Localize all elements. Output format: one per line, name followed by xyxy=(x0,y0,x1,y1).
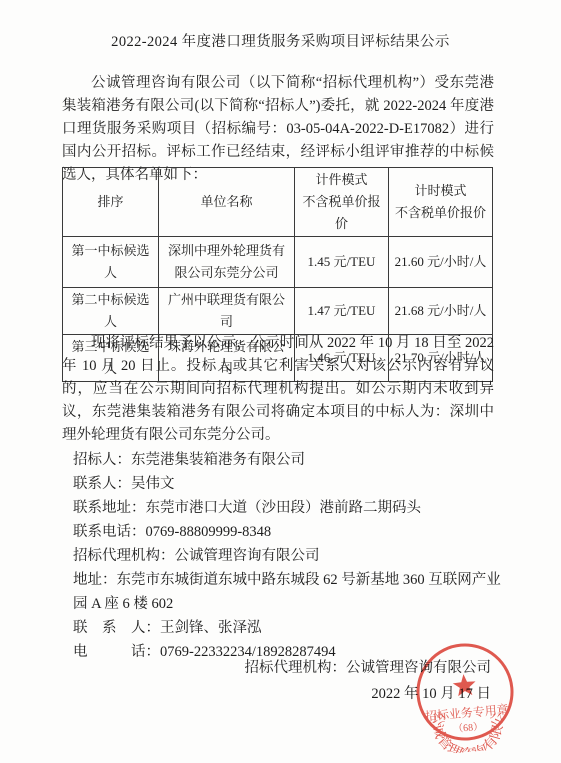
cell-piece-rate: 1.45 元/TEU xyxy=(295,237,389,288)
col-header-company: 单位名称 xyxy=(159,168,295,237)
col-header-time-mode: 计时模式 不含税单价报价 xyxy=(389,168,493,237)
signature-agency: 招标代理机构：公诚管理咨询有限公司 xyxy=(245,655,492,681)
cell-time-rate: 21.68 元/小时/人 xyxy=(389,288,493,335)
cell-time-rate: 21.60 元/小时/人 xyxy=(389,237,493,288)
contact-line-phone: 联系电话：0769-88809999-8348 xyxy=(73,520,501,544)
signature-block: 招标代理机构：公诚管理咨询有限公司 2022 年 10 月 17 日 xyxy=(245,655,492,707)
col-header-time-line2: 不含税单价报价 xyxy=(393,202,488,224)
cell-company: 深圳中理外轮理货有限公司东莞分公司 xyxy=(159,237,295,288)
cell-rank: 第一中标候选人 xyxy=(63,237,159,288)
cell-piece-rate: 1.47 元/TEU xyxy=(295,288,389,335)
signature-date: 2022 年 10 月 17 日 xyxy=(245,681,492,707)
col-header-piece-line2: 不含税单价报价 xyxy=(299,191,384,235)
col-header-rank: 排序 xyxy=(63,168,159,237)
col-header-time-line1: 计时模式 xyxy=(393,180,488,202)
contact-line-agency: 招标代理机构：公诚管理咨询有限公司 xyxy=(73,544,501,568)
cell-company: 广州中联理货有限公司 xyxy=(159,288,295,335)
contact-line-address: 联系地址：东莞市港口大道（沙田段）港前路二期码头 xyxy=(73,496,501,520)
table-row: 第二中标候选人 广州中联理货有限公司 1.47 元/TEU 21.68 元/小时… xyxy=(63,288,493,335)
page-title: 2022-2024 年度港口理货服务采购项目评标结果公示 xyxy=(0,30,561,51)
table-row: 第一中标候选人 深圳中理外轮理货有限公司东莞分公司 1.45 元/TEU 21.… xyxy=(63,237,493,288)
contact-block: 招标人：东莞港集装箱港务有限公司 联系人：吴伟文 联系地址：东莞市港口大道（沙田… xyxy=(73,448,501,664)
result-paragraph: 现将评标结果予以公示，公示时间从 2022 年 10 月 18 日至 2022 … xyxy=(62,332,494,447)
col-header-piece-mode: 计件模式 不含税单价报价 xyxy=(295,168,389,237)
contact-line-agency-address: 地址：东莞市东城街道东城中路东城段 62 号新基地 360 互联网产业园 A 座… xyxy=(73,568,501,616)
table-header-row: 排序 单位名称 计件模式 不含税单价报价 计时模式 不含税单价报价 xyxy=(63,168,493,237)
cell-rank: 第二中标候选人 xyxy=(63,288,159,335)
document-page: 2022-2024 年度港口理货服务采购项目评标结果公示 公诚管理咨询有限公司（… xyxy=(0,0,561,763)
contact-line-person: 联系人：吴伟文 xyxy=(73,472,501,496)
seal-number: （68） xyxy=(453,721,484,736)
col-header-piece-line1: 计件模式 xyxy=(299,169,384,191)
contact-line-tenderer: 招标人：东莞港集装箱港务有限公司 xyxy=(73,448,501,472)
contact-line-agency-person: 联 系 人：王剑锋、张泽泓 xyxy=(73,616,501,640)
